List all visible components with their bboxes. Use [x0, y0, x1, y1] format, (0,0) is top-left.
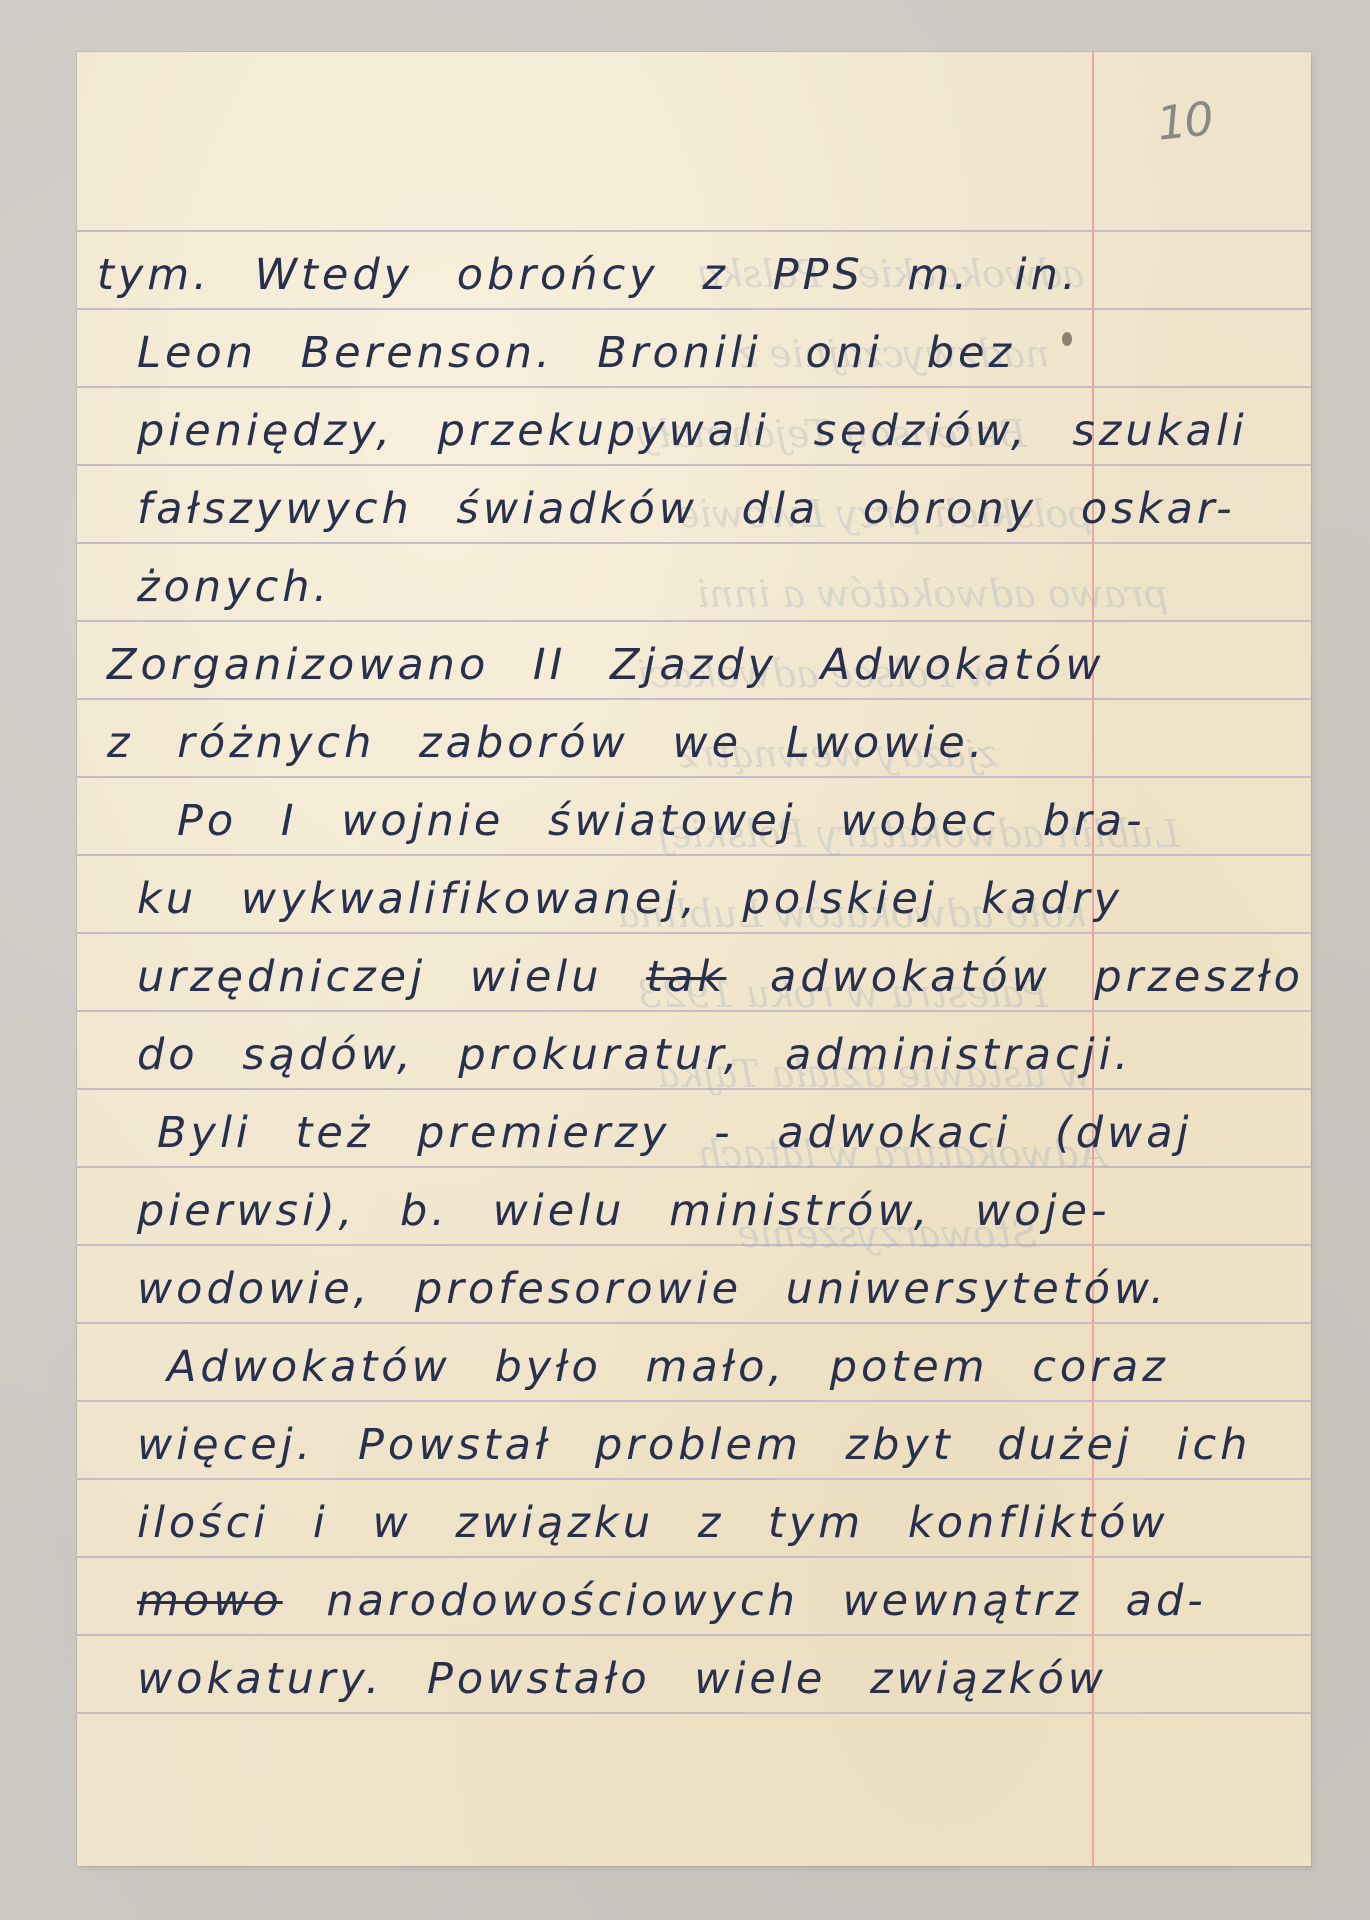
line-text: żonych. [137, 562, 331, 612]
line-text: z różnych zaborów we Lwowie. [107, 718, 986, 768]
page-number: 10 [1154, 91, 1214, 150]
text-line: wokatury. Powstało wiele związków [137, 1644, 1317, 1714]
text-line: ilości i w związku z tym konfliktów [137, 1488, 1317, 1558]
manuscript-page: adwokackie · Polska nadzwyczajnie z Bere… [77, 52, 1311, 1866]
text-line: do sądów, prokuratur, administracji. [137, 1020, 1317, 1090]
text-line: mowo narodowościowych wewnątrz ad- [137, 1566, 1317, 1636]
line-text: Adwokatów było mało, potem coraz [167, 1342, 1169, 1392]
text-line: urzędniczej wielu tak adwokatów przeszło [137, 942, 1317, 1012]
text-line: więcej. Powstał problem zbyt dużej ich [137, 1410, 1317, 1480]
line-text: więcej. Powstał problem zbyt dużej ich [137, 1420, 1251, 1470]
ruled-line [77, 230, 1311, 232]
line-text: ilości i w związku z tym konfliktów [137, 1498, 1169, 1548]
text-line: tym. Wtedy obrońcy z PPS m. in. [97, 240, 1277, 310]
text-line: Byli też premierzy - adwokaci (dwaj [157, 1098, 1337, 1168]
line-text: pieniędzy, przekupywali sędziów, szukali [137, 406, 1248, 456]
text-line: Leon Berenson. Bronili oni bez [137, 318, 1317, 388]
text-line: fałszywych świadków dla obrony oskar- [137, 474, 1317, 544]
text-line: z różnych zaborów we Lwowie. [107, 708, 1287, 778]
text-line: Adwokatów było mało, potem coraz [167, 1332, 1347, 1402]
line-text: tym. Wtedy obrońcy z PPS m. in. [97, 250, 1080, 300]
line-text: wodowie, profesorowie uniwersytetów. [137, 1264, 1168, 1314]
line-text: ku wykwalifikowanej, polskiej kadry [137, 874, 1123, 924]
text-line: pieniędzy, przekupywali sędziów, szukali [137, 396, 1317, 466]
struck-word: mowo [137, 1576, 283, 1626]
text-line: pierwsi), b. wielu ministrów, woje- [137, 1176, 1317, 1246]
text-line: Po I wojnie światowej wobec bra- [177, 786, 1357, 856]
line-text: pierwsi), b. wielu ministrów, woje- [137, 1186, 1111, 1236]
text-line: Zorganizowano II Zjazdy Adwokatów [107, 630, 1287, 700]
line-text: Zorganizowano II Zjazdy Adwokatów [107, 640, 1104, 690]
struck-word: tak [646, 952, 726, 1002]
line-text: adwokatów przeszło [770, 952, 1304, 1002]
line-text: Po I wojnie światowej wobec bra- [177, 796, 1146, 846]
line-text: urzędniczej wielu [137, 952, 603, 1002]
text-line: żonych. [137, 552, 1317, 622]
text-line: wodowie, profesorowie uniwersytetów. [137, 1254, 1317, 1324]
line-text: Byli też premierzy - adwokaci (dwaj [157, 1108, 1193, 1158]
line-text: wokatury. Powstało wiele związków [137, 1654, 1107, 1704]
text-line: ku wykwalifikowanej, polskiej kadry [137, 864, 1317, 934]
line-text: Leon Berenson. Bronili oni bez [137, 328, 1015, 378]
line-text: fałszywych świadków dla obrony oskar- [137, 484, 1236, 534]
line-text: do sądów, prokuratur, administracji. [137, 1030, 1132, 1080]
line-text: narodowościowych wewnątrz ad- [326, 1576, 1206, 1626]
